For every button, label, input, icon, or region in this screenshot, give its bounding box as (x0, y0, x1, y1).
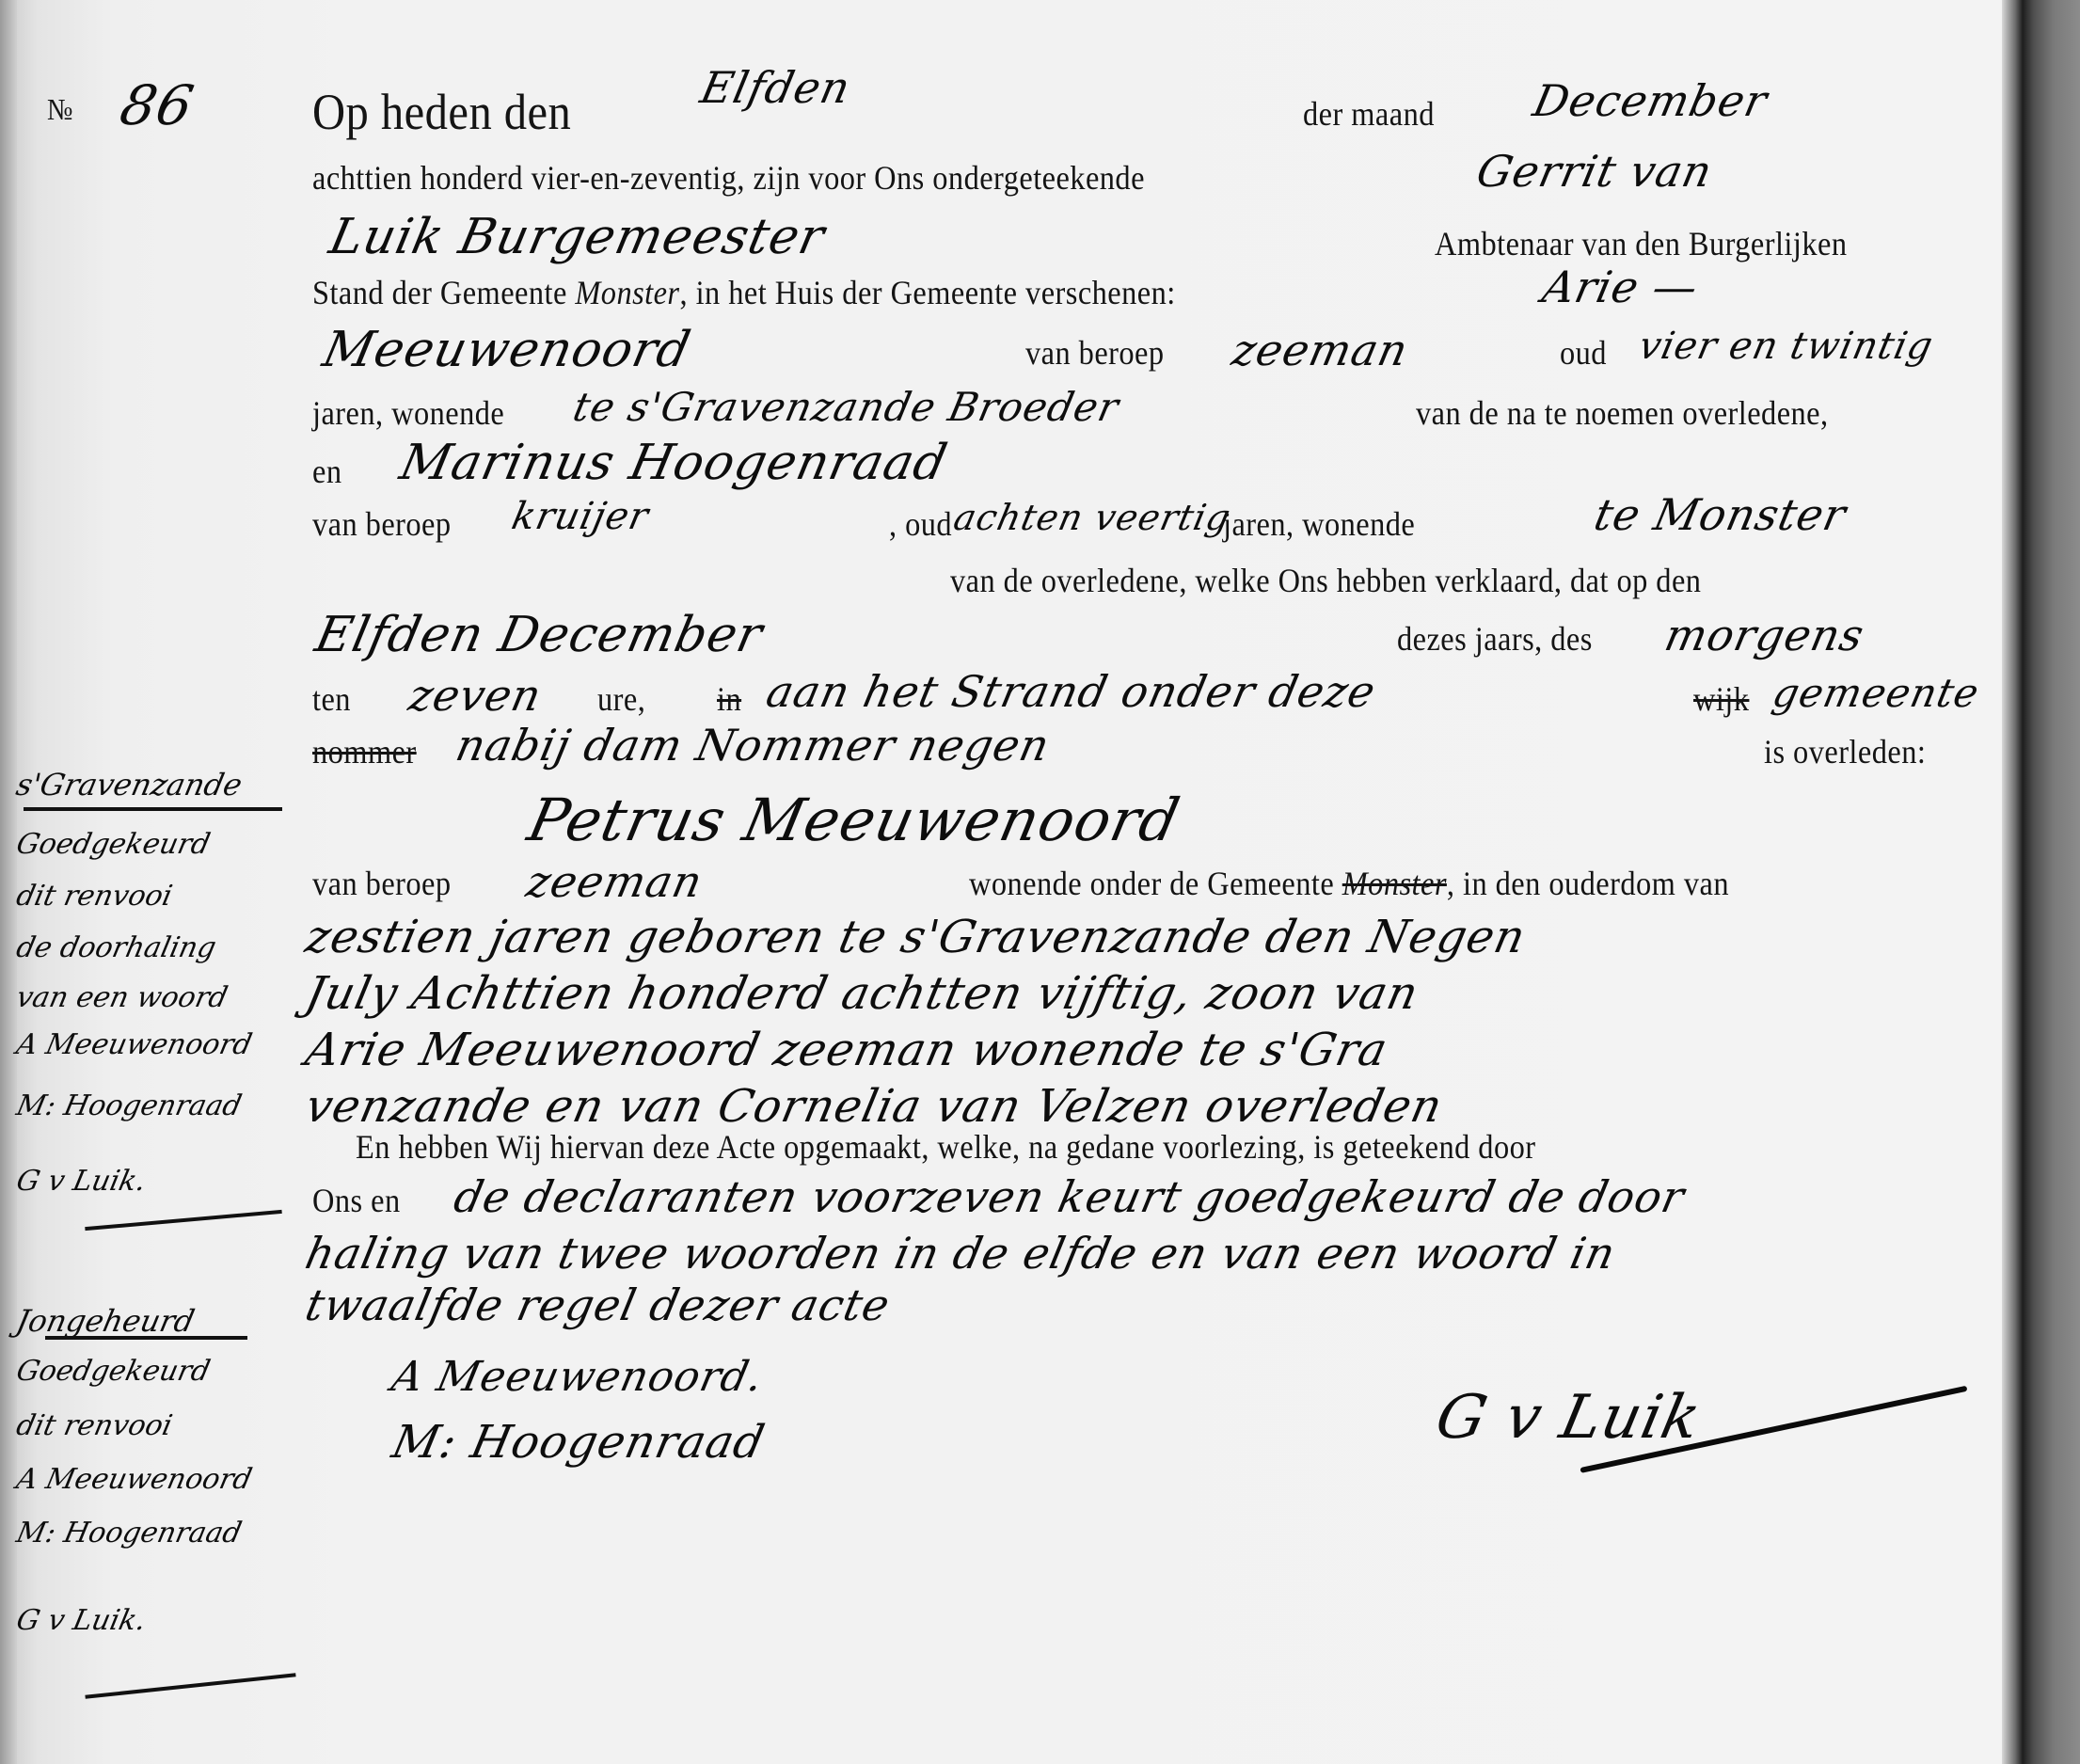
opening-words: Op heden den (312, 84, 571, 140)
margin-note-2-line: dit renvooi (13, 1409, 175, 1442)
line8-hand-occupation: kruijer (508, 495, 653, 538)
line10-print-a: dezes jaars, des (1397, 619, 1593, 659)
line7-hand-declarant2: Marinus Hoogenraad (395, 435, 952, 491)
line14-print-c: , in den ouderdom van (1447, 865, 1729, 902)
margin-note-2-signature-underline (85, 1673, 295, 1698)
line8-print-b: , oud (889, 504, 952, 544)
page-left-edge-shadow (0, 0, 17, 1764)
closing-hand-b: haling van twee woorden in de elfde en v… (301, 1228, 1620, 1279)
margin-note-1-signature: G v Luik. (13, 1165, 149, 1198)
line10-hand-date: Elfden December (310, 607, 768, 663)
line1-print-a: Op heden den (312, 83, 571, 141)
line2-print: achttien honderd vier-en-zeventig, zijn … (312, 158, 1145, 198)
line3-print: Ambtenaar van den Burgerlijken (1435, 224, 1847, 263)
line5-hand-declarant-surname: Meeuwenoord (318, 322, 696, 378)
line1-hand-month: December (1529, 75, 1772, 126)
line16-hand: July Achttien honderd achtten vijftig, z… (301, 967, 1423, 1020)
struck-word-wijk: wijk (1693, 680, 1749, 718)
book-binding-spine (2002, 0, 2080, 1764)
line3-hand-registrar: Luik Burgemeester (325, 209, 830, 265)
margin-note-2-signature: A Meeuwenoord (13, 1463, 255, 1496)
struck-municipality: Monster (1342, 865, 1447, 902)
closing-print-b: Ons en (312, 1181, 401, 1220)
line7-print: en (312, 452, 341, 491)
margin-note-2-signature: M: Hoogenraad (13, 1517, 245, 1549)
margin-note-2-heading: Jongeheurd (13, 1303, 198, 1339)
line14-hand-occupation: zeeman (522, 856, 707, 907)
line4-print: Stand der Gemeente Monster, in het Huis … (312, 273, 1176, 312)
line1-hand-day: Elfden (696, 62, 855, 113)
line4-print-a: Stand der Gemeente (312, 274, 567, 311)
margin-note-1-line: van een woord (13, 981, 230, 1014)
line12-print: is overleden: (1764, 732, 1926, 771)
margin-note-1-signature: M: Hoogenraad (13, 1089, 245, 1122)
struck-word-nommer: nommer (312, 733, 417, 771)
closing-hand-a: de declaranten voorzeven keurt goedgekeu… (450, 1171, 1690, 1222)
line5-print-b: oud (1560, 333, 1607, 373)
margin-note-1-line: de doorhaling (13, 931, 219, 964)
line14-print-b: wonende onder de Gemeente (969, 865, 1334, 902)
line9-print: van de overledene, welke Ons hebben verk… (950, 561, 1701, 600)
line4-print-b: , in het Huis der Gemeente verschenen: (680, 274, 1176, 311)
line18-hand: venzande en van Cornelia van Velzen over… (301, 1080, 1447, 1133)
line11-hand-place: aan het Strand onder deze (762, 666, 1380, 717)
line5-hand-age: vier en twintig (1635, 325, 1937, 368)
municipality-name: Monster (575, 274, 679, 311)
line6-print-a: jaren, wonende (312, 393, 504, 433)
line8-hand-residence: te Monster (1590, 489, 1851, 540)
line8-print-c: jaren, wonende (1223, 504, 1415, 544)
margin-note-1-heading-underline (24, 807, 282, 811)
margin-note-1-line: dit renvooi (13, 880, 175, 913)
line12-print-struck: nommer (312, 732, 417, 771)
margin-note-1-heading: s'Gravenzande (13, 767, 246, 803)
line8-print-a: van beroep (312, 504, 452, 544)
closing-hand-c: twaalfde regel dezer acte (301, 1279, 895, 1330)
line11-print-a: ten (312, 679, 351, 719)
line15-hand: zestien jaren geboren te s'Gravenzande d… (301, 911, 1531, 963)
margin-note-2-line: Goedgekeurd (13, 1355, 213, 1388)
line11-hand-hour: zeven (405, 670, 547, 721)
line17-hand: Arie Meeuwenoord zeeman wonende te s'Gra (301, 1024, 1392, 1076)
signature-registrar: G v Luik (1430, 1383, 1707, 1453)
closing-print-a: En hebben Wij hiervan deze Acte opgemaak… (356, 1127, 1535, 1167)
deceased-name: Petrus Meeuwenoord (522, 786, 1186, 854)
signature-declarant-2: M: Hoogenraad (388, 1416, 770, 1469)
margin-note-1-signature: A Meeuwenoord (13, 1028, 255, 1061)
line14-print-a: van beroep (312, 864, 452, 903)
line6-hand-residence: te s'Gravenzande Broeder (569, 384, 1123, 430)
margin-note-2-signature: G v Luik. (13, 1604, 149, 1637)
line5-hand-occupation: zeeman (1228, 325, 1413, 375)
scanned-register-page: № 86 Op heden den Elfden der maand Decem… (0, 0, 2080, 1764)
struck-word-in: in (717, 680, 741, 718)
record-number-label: № (47, 92, 73, 127)
line4-hand-declarant-first: Arie — (1538, 262, 1703, 312)
line1-print-b: der maand (1303, 94, 1435, 134)
line11-hand-gemeente: gemeente (1769, 670, 1983, 716)
line2-hand-registrar: Gerrit van (1472, 146, 1717, 197)
margin-note-1-signature-underline (85, 1210, 282, 1231)
signature-declarant-1: A Meeuwenoord. (388, 1353, 768, 1401)
line8-hand-age: achten veertig (950, 497, 1234, 538)
line14-print-rest: wonende onder de Gemeente Monster, in de… (969, 864, 1729, 903)
line10-hand-time-of-day: morgens (1660, 610, 1869, 660)
record-number: 86 (115, 73, 199, 137)
margin-note-1-line: Goedgekeurd (13, 828, 213, 861)
margin-note-2-heading-underline (45, 1336, 247, 1340)
line11-print-struck-b: wijk (1693, 679, 1749, 719)
line12-hand-location: nabij dam Nommer negen (452, 720, 1055, 771)
line6-print-b: van de na te noemen overledene, (1416, 393, 1829, 433)
line11-print-struck-a: in (717, 679, 741, 719)
line5-print-a: van beroep (1025, 333, 1165, 373)
line11-print-b: ure, (597, 679, 645, 719)
